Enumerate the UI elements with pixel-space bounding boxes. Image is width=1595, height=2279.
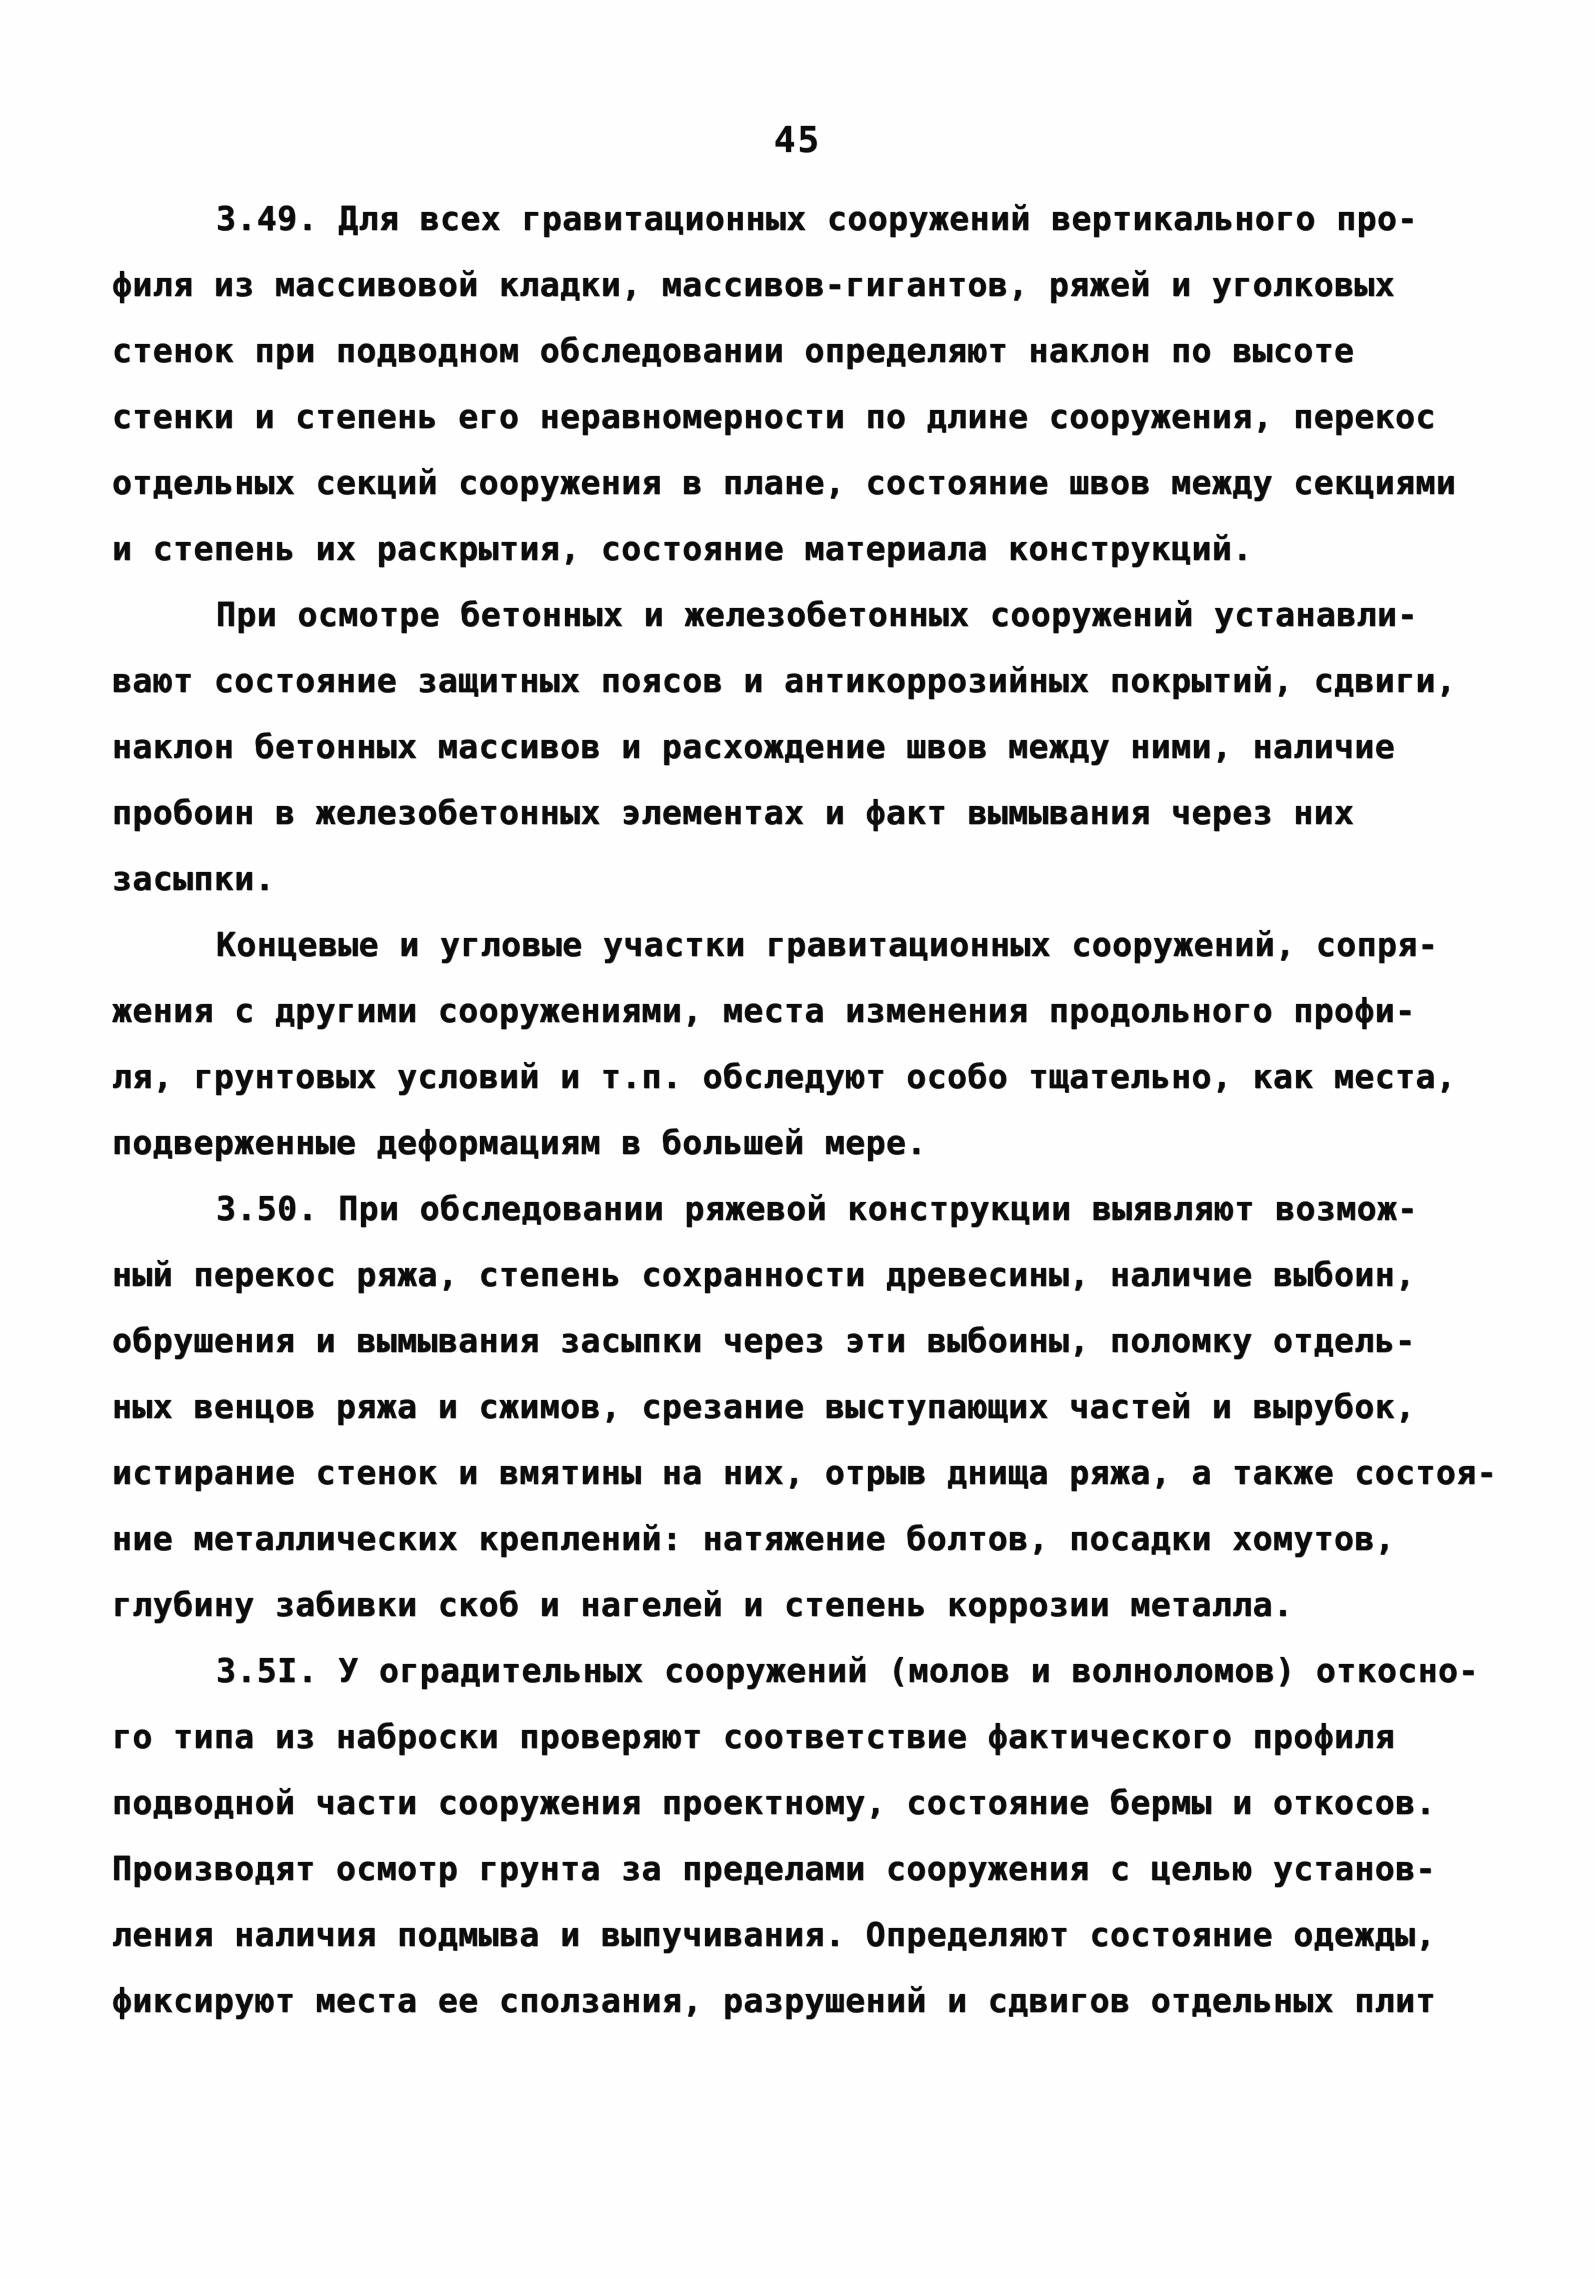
text-line: ления наличия подмыва и выпучивания. Опр… [112,1902,1497,1968]
text-line: подверженные деформациям в большей мере. [112,1110,1497,1176]
paragraph: 3.5I. У оградительных сооружений (молов … [112,1638,1497,2034]
text-line: стенки и степень его неравномерности по … [112,384,1497,450]
paragraph: При осмотре бетонных и железобетонных со… [112,582,1497,912]
text-line: филя из массивовой кладки, массивов-гига… [112,252,1497,318]
text-line: истирание стенок и вмятины на них, отрыв… [112,1440,1497,1506]
text-line: глубину забивки скоб и нагелей и степень… [112,1572,1497,1638]
text-line: ный перекос ряжа, степень сохранности др… [112,1242,1497,1308]
text-line: Концевые и угловые участки гравитационны… [112,912,1497,978]
document-body: 3.49. Для всех гравитационных сооружений… [112,186,1497,2034]
paragraph: Концевые и угловые участки гравитационны… [112,912,1497,1176]
paragraph: 3.49. Для всех гравитационных сооружений… [112,186,1497,582]
text-line: наклон бетонных массивов и расхождение ш… [112,714,1497,780]
text-line: ля, грунтовых условий и т.п. обследуют о… [112,1044,1497,1110]
text-line: Производят осмотр грунта за пределами со… [112,1836,1497,1902]
text-line: и степень их раскрытия, состояние матери… [112,516,1497,582]
text-line: вают состояние защитных поясов и антикор… [112,648,1497,714]
page-number: 45 [0,120,1595,161]
text-line: подводной части сооружения проектному, с… [112,1770,1497,1836]
text-line: 3.50. При обследовании ряжевой конструкц… [112,1176,1497,1242]
text-line: жения с другими сооружениями, места изме… [112,978,1497,1044]
text-line: 3.49. Для всех гравитационных сооружений… [112,186,1497,252]
text-line: пробоин в железобетонных элементах и фак… [112,780,1497,846]
text-line: обрушения и вымывания засыпки через эти … [112,1308,1497,1374]
text-line: засыпки. [112,846,1497,912]
text-line: отдельных секций сооружения в плане, сос… [112,450,1497,516]
scanned-document-page: 45 3.49. Для всех гравитационных сооруже… [0,0,1595,2279]
text-line: стенок при подводном обследовании опреде… [112,318,1497,384]
text-line: ние металлических креплений: натяжение б… [112,1506,1497,1572]
text-line: 3.5I. У оградительных сооружений (молов … [112,1638,1497,1704]
text-line: При осмотре бетонных и железобетонных со… [112,582,1497,648]
text-line: ных венцов ряжа и сжимов, срезание высту… [112,1374,1497,1440]
text-line: фиксируют места ее сползания, разрушений… [112,1968,1497,2034]
text-line: го типа из наброски проверяют соответств… [112,1704,1497,1770]
paragraph: 3.50. При обследовании ряжевой конструкц… [112,1176,1497,1638]
